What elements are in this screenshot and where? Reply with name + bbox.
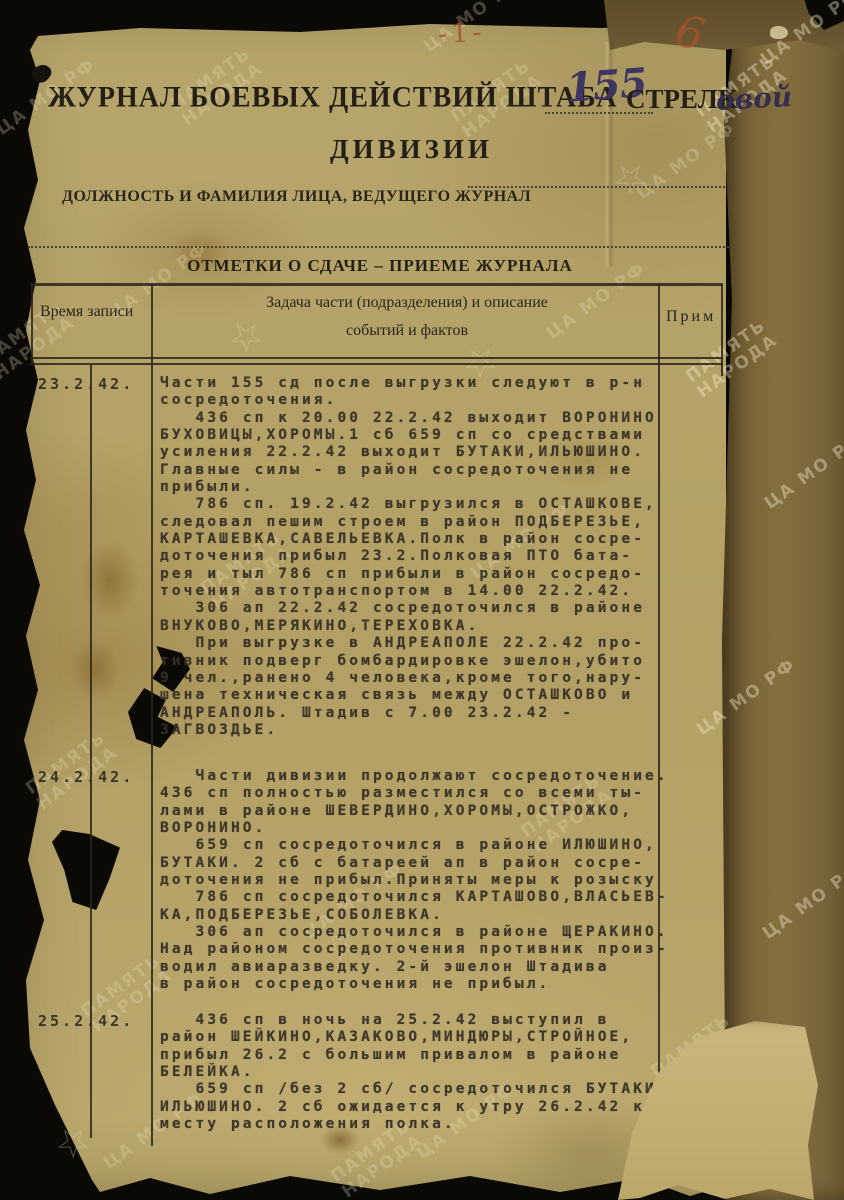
entry-text: 436 сп в ночь на 25.2.42 выступил в райо… (160, 1012, 676, 1133)
entry-text: Части 155 сд после выгрузки следуют в р-… (160, 375, 676, 739)
keeper-label: ДОЛЖНОСТЬ И ФАМИЛИЯ ЛИЦА, ВЕДУЩЕГО ЖУРНА… (62, 188, 531, 206)
entry-date: 25.2.42. (38, 1012, 134, 1030)
paper-chip (770, 26, 788, 39)
scanned-journal-page: ПАМЯТЬНАРОДА ПАМЯТЬНАРОДА ПАМЯТЬНАРОДА П… (0, 0, 844, 1200)
entry-date: 23.2.42. (38, 375, 134, 393)
title-line2: ДИВИЗИИ (330, 134, 493, 165)
journal-title: ЖУРНАЛ БОЕВЫХ ДЕЙСТВИЙ ШТАБА (48, 81, 568, 114)
table-header-note: Прим (666, 308, 716, 326)
table-header-task-line2: событий и фактов (158, 322, 656, 340)
table-header-rule (30, 363, 723, 365)
title-suffix-handwritten: овой (715, 80, 793, 117)
binding-fold-strip (722, 0, 844, 1200)
page-number-mark: -1- (437, 17, 486, 50)
table-top-border (30, 283, 723, 286)
blank-dotted-line (28, 246, 732, 248)
table-header-task-line1: Задача части (подразделения) и описание (158, 294, 656, 312)
handover-section-title: ОТМЕТКИ О СДАЧЕ – ПРИЕМЕ ЖУРНАЛА (0, 256, 760, 276)
entry-date: 24.2.42. (38, 768, 134, 786)
table-column-divider (151, 284, 153, 1146)
entry-text: Части дивизии продолжают сосредоточение.… (160, 768, 676, 993)
table-left-border (31, 284, 33, 365)
keeper-dotted-line (468, 186, 732, 188)
table-header-time: Время записи (40, 303, 145, 321)
table-right-border (721, 284, 723, 376)
table-header-rule (30, 357, 723, 359)
